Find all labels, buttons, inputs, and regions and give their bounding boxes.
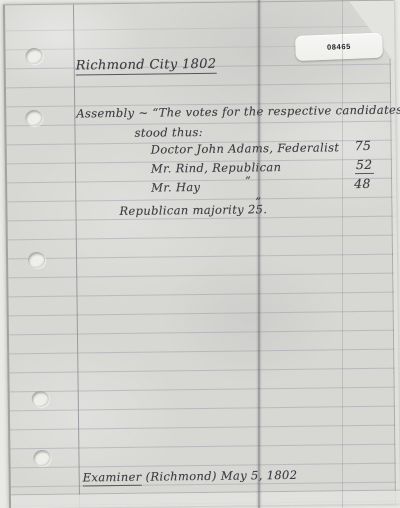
punch-hole — [33, 450, 50, 466]
ruled-line — [8, 235, 397, 241]
punch-hole — [25, 48, 42, 64]
ditto-mark: ” — [245, 174, 251, 187]
ruled-line — [10, 387, 399, 393]
vote-count: 75 — [355, 138, 372, 153]
punch-hole — [25, 110, 42, 126]
ruled-line — [9, 349, 398, 355]
punch-hole — [32, 391, 49, 407]
ruled-line — [9, 368, 398, 374]
punch-hole — [28, 252, 45, 268]
vote-count: 52 — [355, 157, 374, 174]
page-title: Richmond City 1802 — [76, 57, 217, 76]
candidate-name: Mr. Rind, Republican — [151, 160, 282, 176]
candidate-name: Mr. Hay — [151, 180, 200, 195]
punch-holes — [5, 1, 394, 6]
ruled-line — [6, 83, 395, 89]
ruled-line — [7, 178, 396, 184]
ruled-lines — [5, 1, 394, 6]
notebook-page: 08465 Richmond City 1802 Assembly ~ “The… — [3, 0, 400, 508]
scan-background: 08465 Richmond City 1802 Assembly ~ “The… — [0, 0, 400, 508]
margin-line — [73, 5, 80, 508]
ruled-line — [7, 197, 396, 203]
ruled-line — [10, 425, 399, 431]
fold-crease-main — [258, 0, 260, 508]
assembly-note-line1: Assembly ~ “The votes for the respective… — [76, 103, 400, 121]
source-citation: Examiner(Richmond) May 5, 1802 — [83, 468, 298, 485]
fold-crease-secondary — [342, 0, 343, 508]
ruled-line — [5, 26, 394, 32]
ruled-line — [10, 406, 399, 412]
majority-note: Republican majority 25. — [119, 202, 267, 218]
ruled-line — [9, 330, 398, 336]
citation-detail: (Richmond) May 5, 1802 — [145, 468, 297, 484]
sticker-number: 08465 — [327, 42, 351, 52]
ruled-line — [10, 444, 399, 450]
vote-count: 48 — [354, 176, 371, 191]
ruled-line — [9, 292, 398, 298]
assembly-note-line2: stood thus: — [134, 125, 203, 140]
ruled-line — [8, 254, 397, 260]
ruled-line — [9, 311, 398, 317]
publication-name: Examiner — [83, 470, 142, 487]
catalog-sticker: 08465 — [295, 33, 383, 61]
candidate-name: Doctor John Adams, Federalist — [151, 140, 340, 156]
ruled-line — [8, 273, 397, 279]
